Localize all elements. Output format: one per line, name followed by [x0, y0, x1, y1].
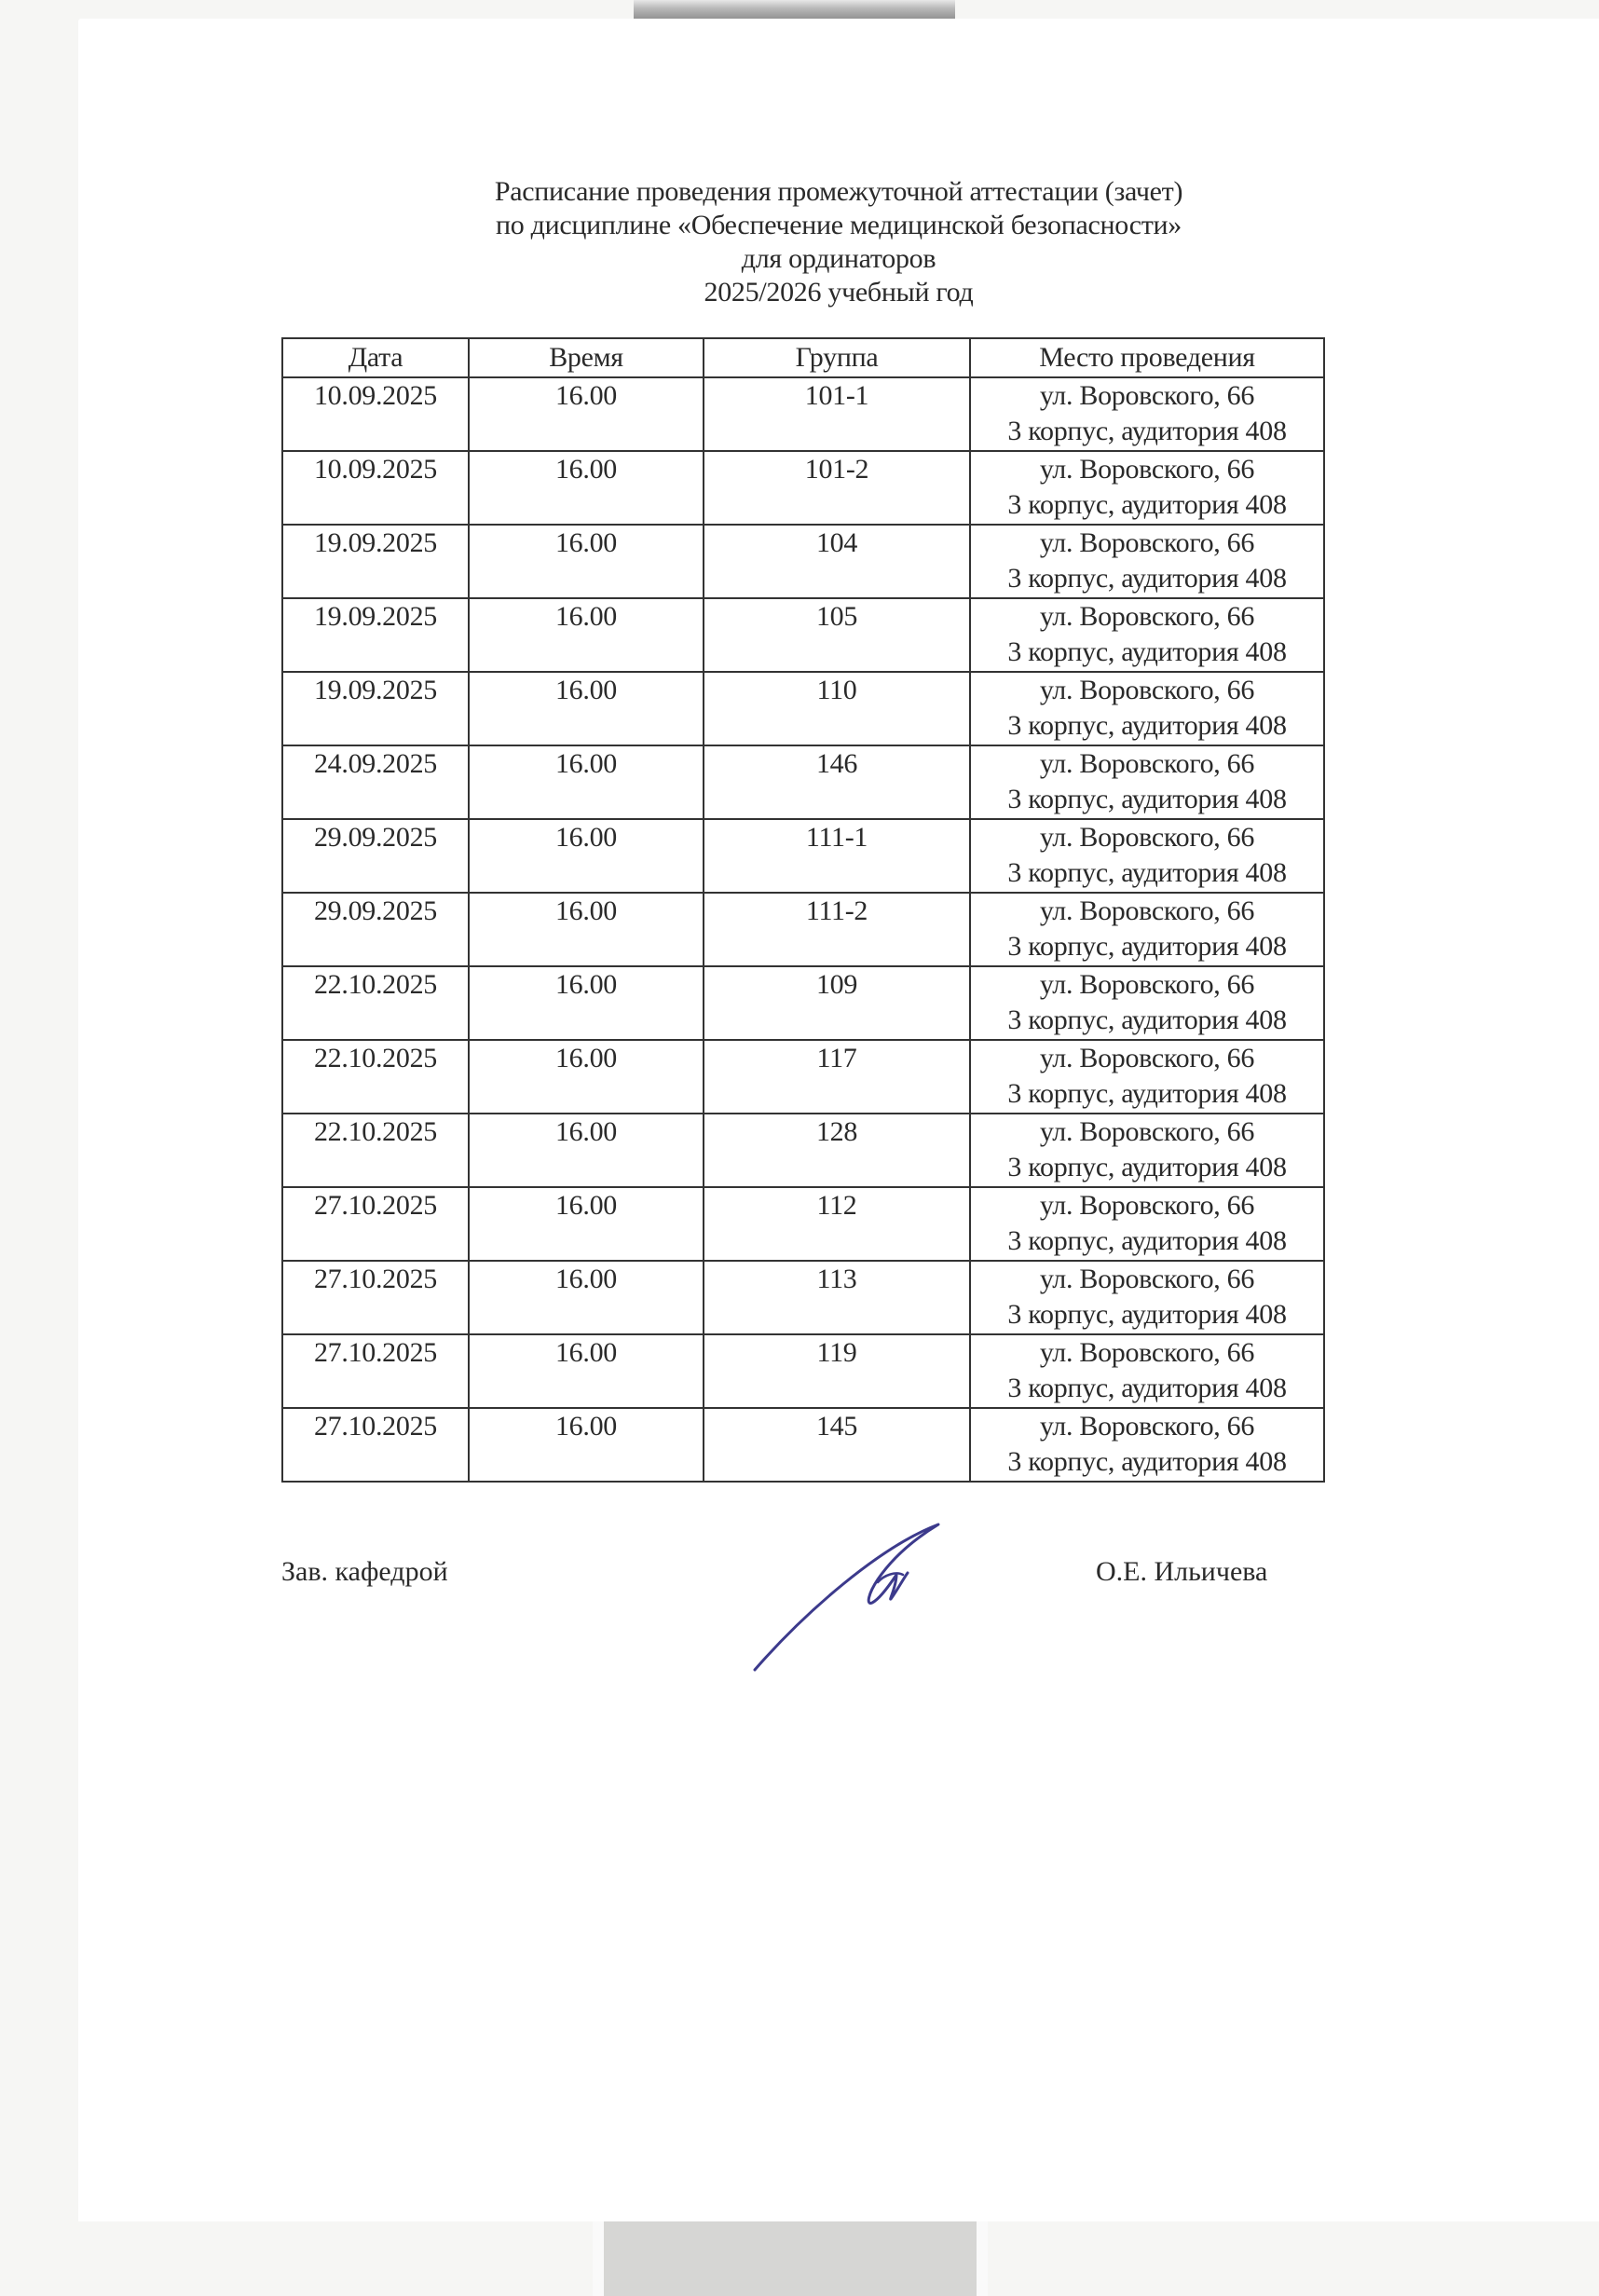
place-line: 3 корпус, аудитория 408: [971, 414, 1323, 449]
signatory-position: Зав. кафедрой: [281, 1556, 448, 1588]
table-row: 27.10.202516.00112ул. Воровского, 663 ко…: [282, 1187, 1324, 1261]
cell-time: 16.00: [469, 1334, 704, 1408]
table-row: 29.09.202516.00111-2ул. Воровского, 663 …: [282, 893, 1324, 966]
cell-date: 29.09.2025: [282, 819, 469, 893]
cell-time: 16.00: [469, 1114, 704, 1187]
cell-time: 16.00: [469, 1187, 704, 1261]
cell-group: 146: [704, 745, 970, 819]
cell-group: 113: [704, 1261, 970, 1334]
cell-time: 16.00: [469, 966, 704, 1040]
cell-group: 101-2: [704, 451, 970, 525]
cell-group: 112: [704, 1187, 970, 1261]
title-line: по дисциплине «Обеспечение медицинской б…: [78, 209, 1599, 242]
handwritten-signature-icon: [740, 1510, 1131, 1696]
place-line: 3 корпус, аудитория 408: [971, 1371, 1323, 1406]
cell-time: 16.00: [469, 893, 704, 966]
cell-place: ул. Воровского, 663 корпус, аудитория 40…: [970, 819, 1324, 893]
place-line: 3 корпус, аудитория 408: [971, 855, 1323, 891]
place-line: 3 корпус, аудитория 408: [971, 1444, 1323, 1480]
cell-group: 145: [704, 1408, 970, 1482]
signatory-name: О.Е. Ильичева: [1096, 1556, 1267, 1588]
cell-time: 16.00: [469, 1261, 704, 1334]
table-row: 27.10.202516.00113ул. Воровского, 663 ко…: [282, 1261, 1324, 1334]
place-line: 3 корпус, аудитория 408: [971, 1223, 1323, 1259]
place-line: 3 корпус, аудитория 408: [971, 487, 1323, 523]
place-line: ул. Воровского, 66: [971, 967, 1323, 1003]
cell-place: ул. Воровского, 663 корпус, аудитория 40…: [970, 451, 1324, 525]
table-row: 27.10.202516.00145ул. Воровского, 663 ко…: [282, 1408, 1324, 1482]
schedule-table-body: 10.09.202516.00101-1ул. Воровского, 663 …: [282, 377, 1324, 1482]
cell-group: 109: [704, 966, 970, 1040]
place-line: ул. Воровского, 66: [971, 599, 1323, 635]
cell-place: ул. Воровского, 663 корпус, аудитория 40…: [970, 966, 1324, 1040]
cell-group: 117: [704, 1040, 970, 1114]
cell-date: 27.10.2025: [282, 1261, 469, 1334]
cell-time: 16.00: [469, 819, 704, 893]
cell-place: ул. Воровского, 663 корпус, аудитория 40…: [970, 598, 1324, 672]
cell-date: 19.09.2025: [282, 672, 469, 745]
place-line: 3 корпус, аудитория 408: [971, 929, 1323, 964]
cell-place: ул. Воровского, 663 корпус, аудитория 40…: [970, 1334, 1324, 1408]
cell-place: ул. Воровского, 663 корпус, аудитория 40…: [970, 377, 1324, 451]
table-row: 10.09.202516.00101-1ул. Воровского, 663 …: [282, 377, 1324, 451]
place-line: 3 корпус, аудитория 408: [971, 782, 1323, 817]
header-time: Время: [469, 338, 704, 377]
cell-time: 16.00: [469, 525, 704, 598]
cell-date: 24.09.2025: [282, 745, 469, 819]
cell-place: ул. Воровского, 663 корпус, аудитория 40…: [970, 672, 1324, 745]
cell-place: ул. Воровского, 663 корпус, аудитория 40…: [970, 893, 1324, 966]
header-group: Группа: [704, 338, 970, 377]
cell-time: 16.00: [469, 598, 704, 672]
schedule-table: Дата Время Группа Место проведения 10.09…: [281, 337, 1325, 1483]
document-title: Расписание проведения промежуточной атте…: [78, 175, 1599, 309]
place-line: ул. Воровского, 66: [971, 452, 1323, 487]
table-row: 19.09.202516.00110ул. Воровского, 663 ко…: [282, 672, 1324, 745]
cell-group: 101-1: [704, 377, 970, 451]
cell-date: 22.10.2025: [282, 966, 469, 1040]
title-line: для ординаторов: [78, 242, 1599, 276]
cell-group: 128: [704, 1114, 970, 1187]
place-line: ул. Воровского, 66: [971, 820, 1323, 855]
cell-date: 27.10.2025: [282, 1408, 469, 1482]
header-place: Место проведения: [970, 338, 1324, 377]
place-line: 3 корпус, аудитория 408: [971, 635, 1323, 670]
cell-group: 105: [704, 598, 970, 672]
cell-date: 27.10.2025: [282, 1187, 469, 1261]
title-line: Расписание проведения промежуточной атте…: [78, 175, 1599, 209]
cell-time: 16.00: [469, 1040, 704, 1114]
scanner-edge-bottom: [593, 2221, 988, 2296]
cell-time: 16.00: [469, 745, 704, 819]
cell-date: 22.10.2025: [282, 1040, 469, 1114]
scanner-edge-top: [634, 0, 955, 20]
cell-group: 104: [704, 525, 970, 598]
cell-date: 10.09.2025: [282, 377, 469, 451]
cell-group: 119: [704, 1334, 970, 1408]
place-line: ул. Воровского, 66: [971, 673, 1323, 708]
cell-time: 16.00: [469, 451, 704, 525]
cell-place: ул. Воровского, 663 корпус, аудитория 40…: [970, 1408, 1324, 1482]
table-row: 24.09.202516.00146ул. Воровского, 663 ко…: [282, 745, 1324, 819]
place-line: ул. Воровского, 66: [971, 1409, 1323, 1444]
place-line: 3 корпус, аудитория 408: [971, 1003, 1323, 1038]
table-row: 19.09.202516.00104ул. Воровского, 663 ко…: [282, 525, 1324, 598]
place-line: ул. Воровского, 66: [971, 1114, 1323, 1150]
cell-time: 16.00: [469, 377, 704, 451]
cell-group: 111-2: [704, 893, 970, 966]
cell-date: 22.10.2025: [282, 1114, 469, 1187]
place-line: ул. Воровского, 66: [971, 1188, 1323, 1223]
place-line: 3 корпус, аудитория 408: [971, 708, 1323, 744]
cell-time: 16.00: [469, 1408, 704, 1482]
cell-group: 111-1: [704, 819, 970, 893]
place-line: 3 корпус, аудитория 408: [971, 1297, 1323, 1332]
table-row: 22.10.202516.00109ул. Воровского, 663 ко…: [282, 966, 1324, 1040]
cell-place: ул. Воровского, 663 корпус, аудитория 40…: [970, 1114, 1324, 1187]
table-row: 10.09.202516.00101-2ул. Воровского, 663 …: [282, 451, 1324, 525]
cell-date: 19.09.2025: [282, 525, 469, 598]
cell-place: ул. Воровского, 663 корпус, аудитория 40…: [970, 745, 1324, 819]
cell-date: 29.09.2025: [282, 893, 469, 966]
place-line: ул. Воровского, 66: [971, 526, 1323, 561]
cell-date: 27.10.2025: [282, 1334, 469, 1408]
cell-date: 10.09.2025: [282, 451, 469, 525]
place-line: ул. Воровского, 66: [971, 378, 1323, 414]
cell-time: 16.00: [469, 672, 704, 745]
header-date: Дата: [282, 338, 469, 377]
cell-place: ул. Воровского, 663 корпус, аудитория 40…: [970, 1040, 1324, 1114]
cell-place: ул. Воровского, 663 корпус, аудитория 40…: [970, 1261, 1324, 1334]
table-row: 22.10.202516.00117ул. Воровского, 663 ко…: [282, 1040, 1324, 1114]
document-page: Расписание проведения промежуточной атте…: [78, 19, 1599, 2221]
table-row: 22.10.202516.00128ул. Воровского, 663 ко…: [282, 1114, 1324, 1187]
cell-date: 19.09.2025: [282, 598, 469, 672]
place-line: ул. Воровского, 66: [971, 1262, 1323, 1297]
table-row: 27.10.202516.00119ул. Воровского, 663 ко…: [282, 1334, 1324, 1408]
table-row: 29.09.202516.00111-1ул. Воровского, 663 …: [282, 819, 1324, 893]
title-line: 2025/2026 учебный год: [78, 276, 1599, 309]
place-line: ул. Воровского, 66: [971, 746, 1323, 782]
place-line: ул. Воровского, 66: [971, 1335, 1323, 1371]
place-line: 3 корпус, аудитория 408: [971, 561, 1323, 596]
table-header-row: Дата Время Группа Место проведения: [282, 338, 1324, 377]
place-line: ул. Воровского, 66: [971, 894, 1323, 929]
table-row: 19.09.202516.00105ул. Воровского, 663 ко…: [282, 598, 1324, 672]
cell-place: ул. Воровского, 663 корпус, аудитория 40…: [970, 1187, 1324, 1261]
place-line: 3 корпус, аудитория 408: [971, 1150, 1323, 1185]
place-line: ул. Воровского, 66: [971, 1041, 1323, 1076]
cell-place: ул. Воровского, 663 корпус, аудитория 40…: [970, 525, 1324, 598]
place-line: 3 корпус, аудитория 408: [971, 1076, 1323, 1112]
cell-group: 110: [704, 672, 970, 745]
